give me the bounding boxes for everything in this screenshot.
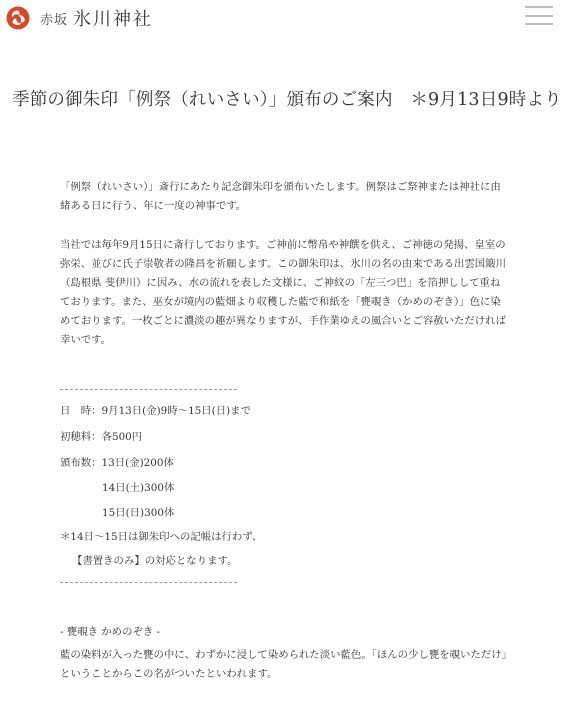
detail-date: 日 時：9月13日(金)9時～15日(日)まで (60, 402, 251, 421)
page-title: 季節の御朱印「例祭（れいさい）」頒布のご案内 ＊9月13日9時より (12, 86, 561, 111)
color-description: 藍の染料が入った甕の中に、わずかに浸して染められた淡い藍色。「ほんの少し甕を覗い… (60, 646, 510, 684)
detail-quantity-day2: 14日(土)300体 (60, 479, 174, 498)
detail-note-line2: 【書置きのみ】の対応となります。 (60, 552, 237, 571)
intro-paragraph: 「例祭（れいさい）」斎行にあたり記念御朱印を頒布いたします。例祭はご祭神または神… (60, 178, 510, 216)
hamburger-menu-button[interactable] (525, 4, 557, 26)
site-header: 赤坂 氷川神社 (0, 0, 561, 34)
detail-note-line1: ＊14日～15日は御朱印への記帳は行わず、 (60, 528, 262, 547)
hamburger-menu-icon-bar (525, 6, 553, 8)
dashed-divider (60, 389, 237, 390)
logo-title: 氷川神社 (73, 5, 153, 31)
dashed-divider (60, 582, 237, 583)
hamburger-menu-icon-bar (525, 15, 553, 17)
description-paragraph: 当社では毎年9月15日に斎行しております。ご神前に幣帛や神饌を供え、ご神徳の発揚… (60, 236, 510, 350)
color-heading: - 甕覗き かめのぞき - (60, 623, 160, 642)
detail-fee: 初穂料：各500円 (60, 428, 142, 447)
hamburger-menu-icon-bar (525, 23, 553, 25)
site-logo-link[interactable]: 赤坂 氷川神社 (6, 5, 153, 31)
mitsudomoe-crest-icon (6, 6, 30, 30)
detail-quantity-day3: 15日(日)300体 (60, 504, 174, 523)
logo-subtitle: 赤坂 (40, 9, 68, 28)
detail-quantity-day1: 頒布数：13日(金)200体 (60, 454, 174, 473)
